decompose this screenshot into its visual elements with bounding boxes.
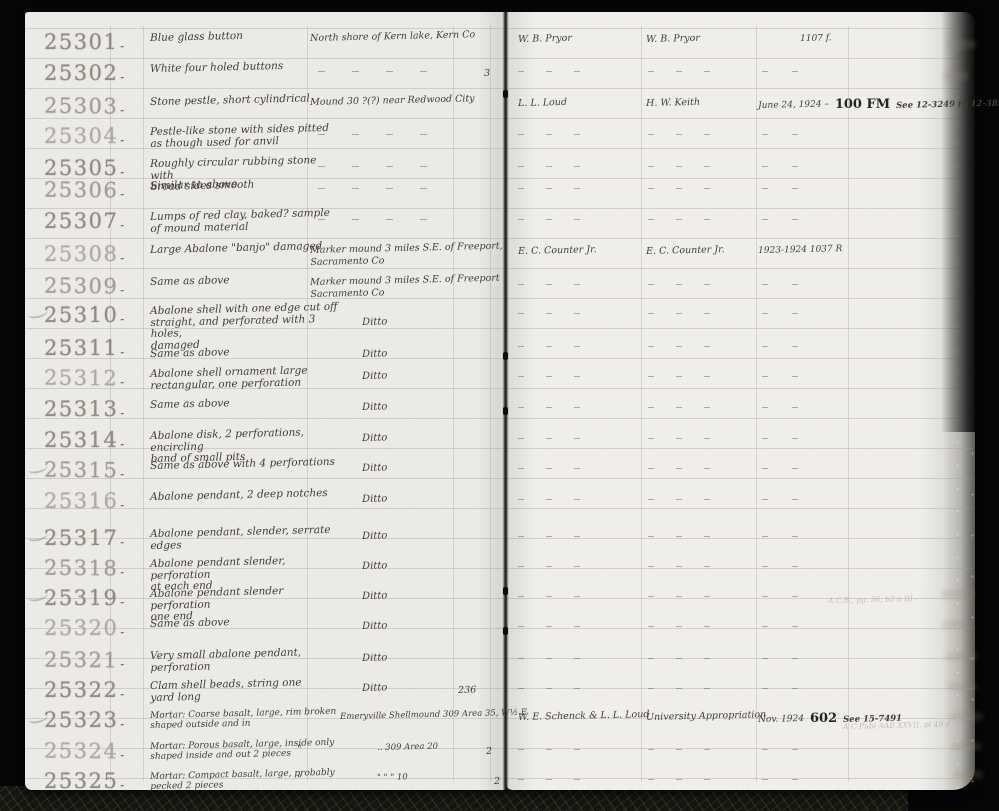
ditto-mark: [386, 71, 393, 72]
ditto-mark: [518, 688, 524, 689]
ditto-mark: [352, 166, 359, 167]
remarks-number: 100 FM: [835, 97, 890, 112]
locality-ditto-mark: ": [297, 744, 302, 755]
ditto-mark: [648, 566, 654, 567]
ditto-mark: [518, 536, 524, 537]
ditto-mark: [574, 219, 580, 220]
ditto-mark: [676, 749, 682, 750]
ditto-mark: [546, 166, 552, 167]
entry-dash: -: [120, 625, 124, 639]
ditto-mark: [676, 596, 682, 597]
ditto-mark: [518, 71, 524, 72]
ditto-mark: [792, 313, 798, 314]
ditto-mark: [352, 188, 359, 189]
entry-dash: -: [120, 595, 124, 609]
ledger-row: 25322-Clam shell beads, string one yard …: [25, 678, 975, 710]
locality-ditto: Ditto: [362, 530, 388, 542]
ditto-mark: [704, 376, 710, 377]
ditto-mark: [318, 71, 325, 72]
ditto-mark: [546, 71, 552, 72]
ditto-mark: [648, 779, 654, 780]
catalog-number: 25309: [44, 274, 119, 299]
remarks: 1923-1924 1037 R: [758, 241, 983, 256]
ditto-mark: [352, 219, 359, 220]
ditto-mark: [546, 346, 552, 347]
ledger-row: 25317-Abalone pendant, slender, serrate …: [25, 526, 975, 558]
ditto-mark: [792, 688, 798, 689]
entry-dash: -: [120, 657, 124, 671]
ditto-mark: [762, 499, 768, 500]
locality-ditto: Ditto: [362, 620, 388, 632]
ditto-mark: [704, 566, 710, 567]
ditto-mark: [546, 658, 552, 659]
catalog-number: 25308: [44, 242, 118, 266]
ditto-mark: [704, 749, 710, 750]
ditto-mark: [704, 166, 710, 167]
ditto-mark: [762, 71, 768, 72]
ditto-mark: [704, 313, 710, 314]
ditto-mark: [574, 407, 580, 408]
ditto-mark: [792, 658, 798, 659]
ledger-row: 25318-Abalone pendant slender, perforati…: [25, 556, 975, 588]
catalog-number: 25323: [44, 708, 118, 732]
ditto-mark: [546, 536, 552, 537]
ditto-mark: [676, 346, 682, 347]
ditto-mark: [574, 658, 580, 659]
ditto-mark: [386, 219, 393, 220]
ledger-row: 25307-Lumps of red clay, baked? sample o…: [25, 209, 975, 241]
entry-dash: -: [120, 187, 124, 201]
catalog-number: 25304: [44, 124, 118, 148]
ditto-mark: [704, 626, 710, 627]
remarks-date: Nov. 1924: [758, 714, 804, 725]
ditto-mark: [420, 219, 427, 220]
ditto-mark: [574, 499, 580, 500]
catalog-number: 25316: [44, 489, 118, 513]
catalog-entries-layer: 25301-Blue glass buttonNorth shore of Ke…: [25, 12, 975, 790]
ditto-mark: [318, 134, 325, 135]
ditto-mark: [318, 166, 325, 167]
ditto-mark: [518, 658, 524, 659]
ditto-mark: [318, 188, 325, 189]
ledger-row: 25313-Same as aboveDitto: [25, 397, 975, 429]
ledger-row: 25315-Same as above with 4 perforationsD…: [25, 458, 975, 490]
ditto-mark: [546, 313, 552, 314]
ditto-mark: [546, 219, 552, 220]
ditto-mark: [792, 596, 798, 597]
item-description: Mortar: Coarse basalt, large, rim broken…: [150, 706, 365, 731]
remarks-date: June 24, 1924 –: [758, 99, 829, 111]
catalog-number: 25303: [44, 94, 119, 119]
ditto-mark: [676, 438, 682, 439]
item-description: Same as above: [150, 615, 338, 631]
catalog-number: 25317: [44, 526, 118, 550]
ledger-row: 25320-Same as aboveDitto: [25, 616, 975, 648]
item-description: Abalone pendant, 2 deep notches: [150, 488, 338, 504]
remarks: 1107 f.: [800, 29, 999, 44]
ditto-mark: [352, 71, 359, 72]
catalog-number: 25312: [44, 366, 119, 391]
item-description: Same as above: [150, 396, 338, 412]
ditto-mark: [574, 438, 580, 439]
ditto-mark: [648, 219, 654, 220]
ditto-mark: [762, 468, 768, 469]
ditto-mark: [762, 779, 768, 780]
item-description: Lumps of red clay, baked? sample of moun…: [150, 208, 338, 235]
ditto-mark: [704, 219, 710, 220]
ditto-mark: [518, 134, 524, 135]
ditto-mark: [762, 438, 768, 439]
item-description: Mortar: Compact basalt, large, probably …: [150, 767, 365, 792]
ditto-mark: [518, 188, 524, 189]
ditto-mark: [676, 536, 682, 537]
ditto-mark: [676, 166, 682, 167]
ditto-mark: [792, 188, 798, 189]
ditto-mark: [518, 284, 524, 285]
ditto-mark: [648, 134, 654, 135]
ditto-mark: [546, 134, 552, 135]
scanned-ledger-photo: { "scan": { "bed_color": "#060606", "pap…: [0, 0, 999, 811]
ledger-row: 25301-Blue glass buttonNorth shore of Ke…: [25, 30, 975, 62]
ditto-mark: [574, 566, 580, 567]
ditto-mark: [574, 71, 580, 72]
ditto-mark: [648, 536, 654, 537]
ledger-row: 25325-Mortar: Compact basalt, large, pro…: [25, 769, 975, 801]
entry-dash: -: [120, 251, 124, 265]
ditto-mark: [704, 346, 710, 347]
ditto-mark: [676, 468, 682, 469]
item-description: Abalone pendant, slender, serrate edges: [150, 525, 338, 552]
item-description: Similar to above: [150, 177, 338, 193]
ditto-mark: [762, 536, 768, 537]
ditto-mark: [704, 188, 710, 189]
ditto-mark: [704, 438, 710, 439]
ditto-mark: [546, 468, 552, 469]
entry-dash: -: [120, 39, 124, 53]
ditto-mark: [648, 188, 654, 189]
ditto-mark: [518, 219, 524, 220]
ditto-mark: [574, 188, 580, 189]
locality: Marker mound 3 miles S.E. of Freeport Sa…: [310, 273, 505, 301]
ditto-mark: [762, 749, 768, 750]
locality: North shore of Kern lake, Kern Co: [310, 29, 505, 45]
ledger-row: 25306-Similar to above: [25, 178, 975, 210]
ditto-mark: [574, 626, 580, 627]
item-description: Abalone shell ornament large rectangular…: [150, 365, 338, 392]
ditto-mark: [762, 626, 768, 627]
ledger-spread: 25301-Blue glass buttonNorth shore of Ke…: [25, 12, 975, 790]
ditto-mark: [420, 134, 427, 135]
ditto-mark: [546, 596, 552, 597]
locality-ditto: Ditto: [362, 493, 388, 505]
quantity: 236: [458, 685, 476, 696]
ditto-mark: [518, 313, 524, 314]
ledger-row: 25312-Abalone shell ornament large recta…: [25, 366, 975, 398]
pencil-annotation: A.C.B., pg. 36, b2 a III –: [828, 594, 919, 605]
ledger-row: 25314-Abalone disk, 2 perforations, enci…: [25, 428, 975, 460]
ditto-mark: [762, 188, 768, 189]
catalog-number: 25324: [44, 739, 119, 764]
ditto-mark: [792, 407, 798, 408]
quantity: 3: [484, 68, 490, 79]
ditto-mark: [704, 688, 710, 689]
entry-dash: -: [120, 717, 124, 731]
ledger-row: 25321-Very small abalone pendant, perfor…: [25, 648, 975, 680]
catalog-number: 25319: [44, 586, 118, 610]
ditto-mark: [648, 313, 654, 314]
ditto-mark: [648, 71, 654, 72]
catalog-number: 25320: [44, 616, 118, 640]
ledger-row: 25302-White four holed buttons3: [25, 61, 975, 93]
ditto-mark: [574, 376, 580, 377]
ditto-mark: [518, 749, 524, 750]
ditto-mark: [648, 346, 654, 347]
ditto-mark: [546, 749, 552, 750]
ditto-mark: [792, 376, 798, 377]
ditto-mark: [420, 71, 427, 72]
ditto-mark: [762, 596, 768, 597]
item-description: Very small abalone pendant, perforation: [150, 647, 338, 674]
item-description: Same as above with 4 perforations: [150, 457, 338, 473]
item-description: White four holed buttons: [150, 60, 338, 76]
locality: Mound 30 ?(?) near Redwood City: [310, 93, 505, 109]
locality-ditto: Ditto: [362, 590, 388, 602]
ledger-row: 25308-Large Abalone "banjo" damagedMarke…: [25, 242, 975, 274]
ledger-row: 25311-Same as aboveDitto: [25, 336, 975, 368]
ditto-mark: [704, 407, 710, 408]
ditto-mark: [546, 284, 552, 285]
locality-ditto: Ditto: [362, 370, 388, 382]
quantity: 2: [486, 746, 492, 757]
ditto-mark: [518, 779, 524, 780]
remarks-number: 602: [810, 711, 837, 726]
item-description: Mortar: Porous basalt, large, inside onl…: [150, 737, 365, 762]
ditto-mark: [676, 188, 682, 189]
ditto-mark: [546, 438, 552, 439]
ditto-mark: [676, 313, 682, 314]
ditto-mark: [648, 596, 654, 597]
catalog-number: 25302: [44, 61, 118, 85]
entry-dash: -: [120, 535, 124, 549]
ditto-mark: [676, 688, 682, 689]
locality-ditto: Ditto: [362, 560, 388, 572]
ditto-mark: [546, 376, 552, 377]
ditto-mark: [318, 219, 325, 220]
ditto-mark: [762, 166, 768, 167]
ledger-row: 25323-Mortar: Coarse basalt, large, rim …: [25, 708, 975, 740]
ledger-row: 25303-Stone pestle, short cylindricalMou…: [25, 94, 975, 126]
ditto-mark: [762, 313, 768, 314]
ditto-mark: [762, 658, 768, 659]
ditto-mark: [546, 188, 552, 189]
ditto-mark: [574, 284, 580, 285]
ledger-row: 25304-Pestle-like stone with sides pitte…: [25, 124, 975, 156]
ditto-mark: [648, 376, 654, 377]
entry-dash: -: [120, 778, 124, 792]
entry-dash: -: [120, 312, 124, 326]
ditto-mark: [420, 166, 427, 167]
ditto-mark: [546, 626, 552, 627]
entry-dash: -: [120, 748, 124, 762]
ditto-mark: [574, 536, 580, 537]
ditto-mark: [792, 166, 798, 167]
entry-dash: -: [120, 218, 124, 232]
ditto-mark: [792, 536, 798, 537]
ditto-mark: [648, 626, 654, 627]
ditto-mark: [518, 376, 524, 377]
ditto-mark: [676, 71, 682, 72]
remarks: June 24, 1924 –100 FMSee 12-3249 to 12-3…: [758, 97, 999, 112]
ditto-mark: [648, 688, 654, 689]
ditto-mark: [546, 499, 552, 500]
ditto-mark: [676, 566, 682, 567]
donor-name: W. B. Pryor: [646, 31, 781, 45]
ditto-mark: [762, 134, 768, 135]
collector-name: W. E. Schenck & L. L. Loud: [518, 709, 653, 723]
ditto-mark: [762, 376, 768, 377]
ditto-mark: [518, 166, 524, 167]
ditto-mark: [518, 438, 524, 439]
ditto-mark: [676, 376, 682, 377]
ditto-mark: [546, 566, 552, 567]
ditto-mark: [704, 71, 710, 72]
catalog-number: 25310: [44, 303, 118, 327]
ditto-mark: [574, 779, 580, 780]
entry-dash: -: [120, 283, 124, 297]
item-description: Pestle-like stone with sides pitted as t…: [150, 123, 338, 150]
entry-dash: -: [120, 70, 124, 84]
ditto-mark: [518, 499, 524, 500]
catalog-number: 25311: [44, 336, 118, 360]
item-description: Same as above: [150, 345, 338, 361]
ditto-mark: [792, 284, 798, 285]
ditto-mark: [546, 688, 552, 689]
ditto-mark: [574, 468, 580, 469]
remarks-cross-reference: See 12-3249 to 12-3851: [896, 98, 999, 111]
ditto-mark: [676, 284, 682, 285]
locality-ditto-mark: ": [297, 774, 302, 785]
ditto-mark: [792, 438, 798, 439]
catalog-number: 25322: [44, 678, 118, 702]
item-description: Clam shell beads, string one yard long: [150, 677, 338, 704]
catalog-number: 25318: [44, 556, 119, 581]
ditto-mark: [792, 749, 798, 750]
catalog-number: 25305: [44, 156, 118, 180]
ditto-mark: [704, 134, 710, 135]
ditto-mark: [792, 779, 798, 780]
ditto-mark: [518, 566, 524, 567]
ditto-mark: [574, 596, 580, 597]
catalog-number: 25321: [44, 648, 119, 673]
quantity: 2: [494, 776, 500, 787]
ditto-mark: [792, 346, 798, 347]
locality-ditto: Ditto: [362, 348, 388, 360]
ditto-mark: [648, 166, 654, 167]
catalog-number: 25315: [44, 458, 119, 483]
catalog-number: 25314: [44, 428, 118, 452]
ledger-row: 25310-Abalone shell with one edge cut of…: [25, 303, 975, 335]
ditto-mark: [762, 407, 768, 408]
locality-ditto: Ditto: [362, 401, 388, 413]
pencil-annotation: A C Publ AAE XXVII, pl 49 d: [843, 720, 950, 731]
catalog-number: 25325: [44, 769, 118, 793]
ledger-row: 25309-Same as aboveMarker mound 3 miles …: [25, 274, 975, 306]
ditto-mark: [792, 499, 798, 500]
locality: .. 309 Area 20: [377, 737, 617, 754]
entry-dash: -: [120, 498, 124, 512]
ditto-mark: [386, 134, 393, 135]
ditto-mark: [704, 468, 710, 469]
entry-dash: -: [120, 687, 124, 701]
entry-dash: -: [120, 103, 124, 117]
locality: Marker mound 3 miles S.E. of Freeport, S…: [310, 241, 505, 269]
ditto-mark: [792, 626, 798, 627]
locality-ditto: Ditto: [362, 432, 388, 444]
catalog-number: 25306: [44, 178, 119, 203]
ditto-mark: [574, 134, 580, 135]
ditto-mark: [676, 626, 682, 627]
ditto-mark: [704, 284, 710, 285]
entry-dash: -: [120, 345, 124, 359]
ditto-mark: [762, 219, 768, 220]
entry-dash: -: [120, 375, 124, 389]
ditto-mark: [518, 407, 524, 408]
ditto-mark: [386, 188, 393, 189]
catalog-number: 25307: [44, 209, 118, 233]
collector-name: W. B. Pryor: [518, 31, 653, 45]
ditto-mark: [574, 346, 580, 347]
entry-dash: -: [120, 133, 124, 147]
ditto-mark: [704, 499, 710, 500]
ditto-mark: [676, 407, 682, 408]
ditto-mark: [648, 499, 654, 500]
collector-name: E. C. Counter Jr.: [518, 243, 653, 257]
ditto-mark: [704, 596, 710, 597]
ditto-mark: [648, 438, 654, 439]
ditto-mark: [518, 596, 524, 597]
entry-dash: -: [120, 437, 124, 451]
ditto-mark: [676, 134, 682, 135]
ditto-mark: [386, 166, 393, 167]
ditto-mark: [518, 468, 524, 469]
ledger-row: 25316-Abalone pendant, 2 deep notchesDit…: [25, 489, 975, 521]
ditto-mark: [546, 779, 552, 780]
ditto-mark: [676, 499, 682, 500]
entry-dash: -: [120, 565, 124, 579]
ditto-mark: [792, 219, 798, 220]
ditto-mark: [518, 346, 524, 347]
ditto-mark: [574, 688, 580, 689]
ditto-mark: [762, 346, 768, 347]
collector-name: L. L. Loud: [518, 95, 653, 109]
ditto-mark: [792, 71, 798, 72]
ditto-mark: [676, 658, 682, 659]
locality-ditto: Ditto: [362, 462, 388, 474]
ditto-mark: [648, 749, 654, 750]
ditto-mark: [704, 536, 710, 537]
ditto-mark: [648, 658, 654, 659]
ditto-mark: [518, 626, 524, 627]
ditto-mark: [704, 658, 710, 659]
ditto-mark: [574, 166, 580, 167]
catalog-number: 25313: [44, 397, 118, 421]
ditto-mark: [762, 688, 768, 689]
ditto-mark: [648, 284, 654, 285]
ledger-row: 25324-Mortar: Porous basalt, large, insi…: [25, 739, 975, 771]
entry-dash: -: [120, 467, 124, 481]
locality-ditto: Ditto: [362, 682, 388, 694]
ditto-mark: [352, 134, 359, 135]
